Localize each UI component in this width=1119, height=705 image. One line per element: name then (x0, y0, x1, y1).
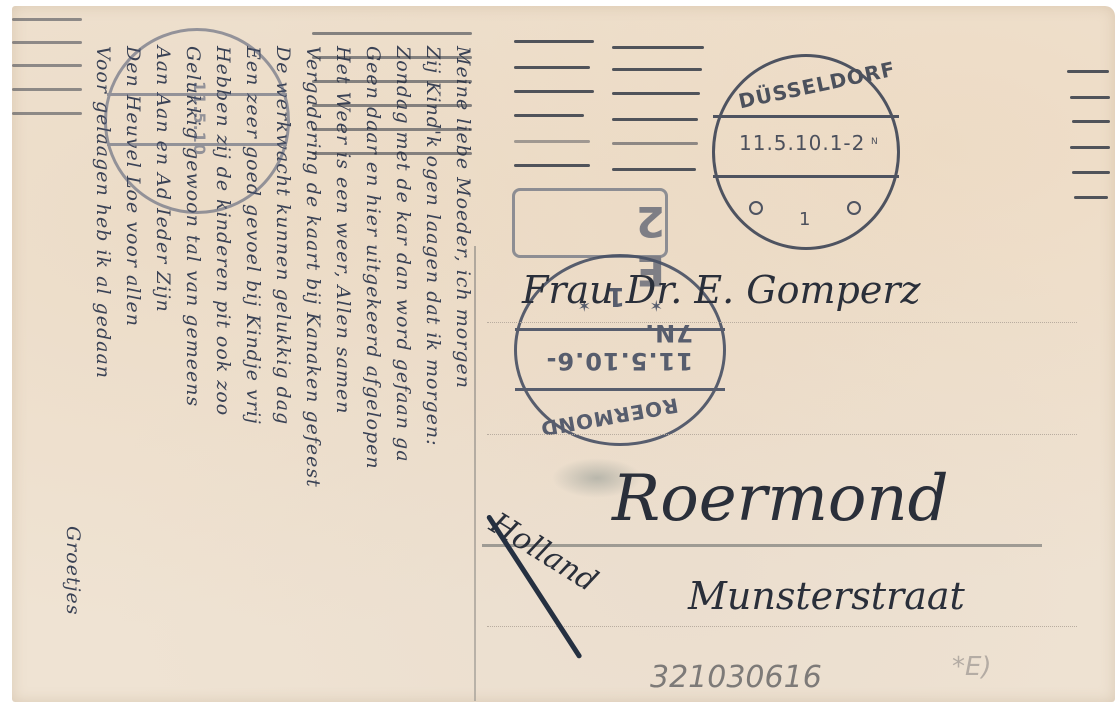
recipient-name: Frau Dr. E. Gomperz (522, 268, 921, 312)
recipient-city: Roermond (612, 462, 949, 536)
letter-line: Geen daar en hier uitgekeerd afgelopen (362, 46, 384, 470)
letter-line: Vergadering de kaart bij Kanaken gefeest (302, 46, 324, 488)
postmark-dusseldorf: DÜSSELDORF 11.5.10.1-2 N 1 (712, 54, 900, 250)
corner-mark: *E) (952, 652, 992, 682)
letter-closing: Groetjes (62, 526, 84, 615)
postmark-date: 11.5.10.1-2 (739, 131, 865, 155)
postcard-back: Meine liebe Moeder, ich morgen Zij Kind'… (12, 6, 1115, 702)
recipient-street: Munsterstraat (688, 574, 965, 618)
letter-line: Meine liebe Moeder, ich morgen (452, 46, 474, 389)
postmark-city: DÜSSELDORF (736, 57, 897, 114)
postmark-left: 11.5.10 (104, 28, 290, 214)
letter-line: Zondag met de kar dan word gefaan ga (392, 46, 414, 463)
divider-line (474, 246, 476, 701)
recipient-country: Holland (483, 506, 603, 599)
box-stamp: E 2 (512, 188, 668, 258)
letter-line: Het Weer is een weer, Allen samen (332, 46, 354, 415)
inventory-number: 321030616 (650, 660, 822, 695)
